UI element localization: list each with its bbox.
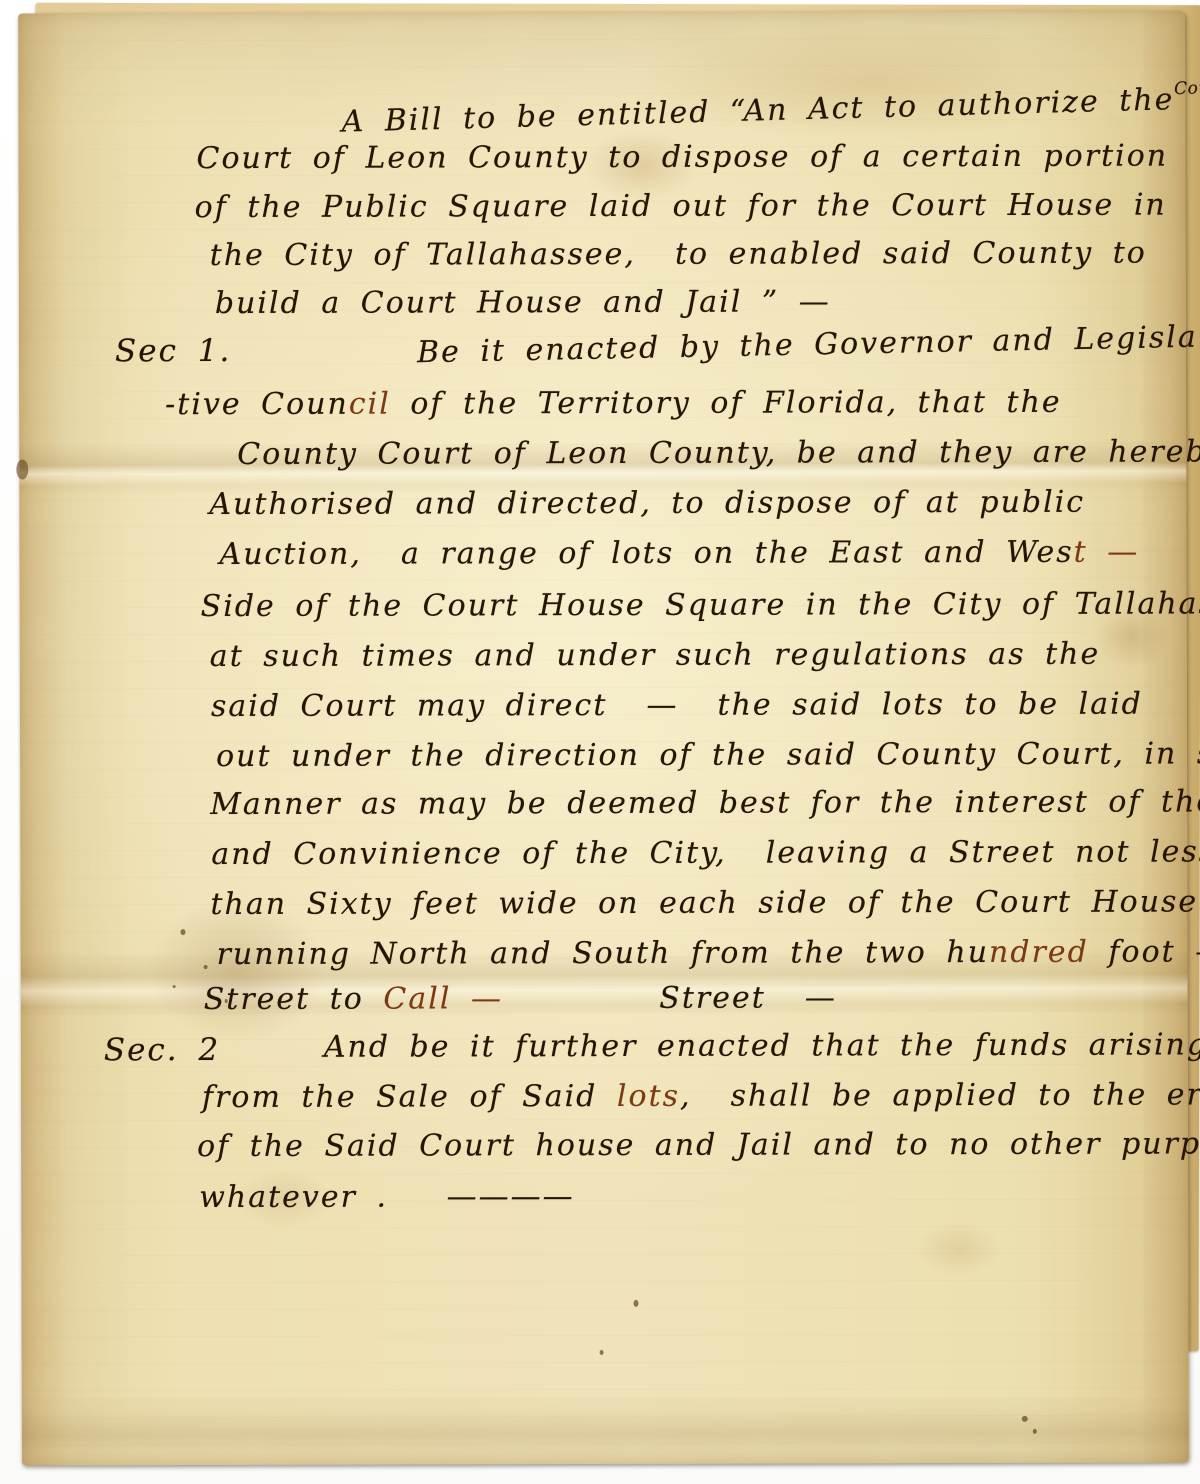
section-1-line-6: Side of the Court House Square in the Ci… bbox=[201, 586, 1200, 624]
handwritten-text: Sec. 2 bbox=[104, 1032, 220, 1068]
handwritten-text: ndred bbox=[989, 935, 1089, 970]
handwritten-text: whatever . ———— bbox=[199, 1179, 575, 1215]
handwritten-text: than Sixty feet wide on each side of the… bbox=[210, 884, 1198, 922]
handwritten-text: Side of the Court House Square in the Ci… bbox=[201, 586, 1200, 624]
section-1-line-7: at such times and under such regulations… bbox=[210, 637, 1101, 674]
handwritten-text: foot — bbox=[1089, 934, 1200, 969]
section-1-line-5: Auction, a range of lots on the East and… bbox=[219, 535, 1139, 572]
handwritten-text: Sec 1. bbox=[115, 333, 231, 369]
section-1-line-8: said Court may direct — the said lots to… bbox=[211, 687, 1143, 724]
manuscript-page: A Bill to be entitled “An Act to authori… bbox=[18, 10, 1189, 1465]
handwritten-text: from the Sale of Said bbox=[202, 1079, 617, 1115]
handwritten-text: Authorised and directed, to dispose of a… bbox=[209, 485, 1085, 522]
handwritten-text: at such times and under such regulations… bbox=[210, 637, 1101, 674]
handwritten-text: , shall be applied to the erection bbox=[680, 1077, 1200, 1114]
handwritten-text: lots bbox=[617, 1079, 680, 1114]
section-1-line-3: County Court of Leon County, be and they… bbox=[237, 434, 1200, 472]
section-1-line-10: Manner as may be deemed best for the int… bbox=[210, 784, 1200, 822]
handwritten-text: out under the direction of the said Coun… bbox=[216, 736, 1200, 774]
handwritten-text: of the Territory of Florida, that the bbox=[391, 385, 1062, 422]
section-2-line-2: from the Sale of Said lots, shall be app… bbox=[202, 1077, 1200, 1115]
title-line-4: the City of Tallahassee, to enabled said… bbox=[210, 236, 1147, 273]
handwritten-text: said Court may direct — the said lots to… bbox=[211, 687, 1143, 724]
handwritten-text: Call — bbox=[383, 981, 503, 1016]
section-2-line-3: of the Said Court house and Jail and to … bbox=[197, 1126, 1200, 1164]
handwritten-text: build a Court House and Jail ” — bbox=[215, 284, 831, 321]
section-2-line-1: And be it further enacted that the funds… bbox=[324, 1027, 1200, 1064]
section-1-line-12: than Sixty feet wide on each side of the… bbox=[210, 884, 1198, 922]
section-2-label: Sec. 2 bbox=[104, 1032, 220, 1068]
scan-background: A Bill to be entitled “An Act to authori… bbox=[0, 0, 1200, 1484]
title-line-5: build a Court House and Jail ” — bbox=[215, 284, 831, 321]
handwritten-text: Manner as may be deemed best for the int… bbox=[210, 784, 1200, 822]
section-1-line-4: Authorised and directed, to dispose of a… bbox=[209, 485, 1085, 522]
handwritten-text: Street — bbox=[503, 980, 837, 1016]
title-line-1: A Bill to be entitled “An Act to authori… bbox=[341, 77, 1200, 139]
handwritten-text: Auction, a range of lots on the East and… bbox=[219, 535, 1073, 572]
handwritten-text: cil bbox=[349, 387, 391, 422]
handwritten-text: And be it further enacted that the funds… bbox=[324, 1027, 1200, 1064]
handwritten-text: of the Public Square laid out for the Co… bbox=[195, 188, 1167, 226]
handwritten-text: Street to bbox=[204, 982, 384, 1017]
section-1-line-1: Be it enacted by the Governor and Legisl… bbox=[417, 320, 1198, 371]
handwritten-text: A Bill to be entitled “An Act to authori… bbox=[341, 82, 1175, 140]
handwritten-text: Court of Leon County to dispose of a cer… bbox=[196, 139, 1168, 177]
handwritten-text: running North and South from the two hu bbox=[217, 935, 990, 972]
section-1-line-11: and Convinience of the City, leaving a S… bbox=[211, 834, 1200, 872]
handwritten-text: t — bbox=[1074, 535, 1140, 570]
handwritten-text: and Convinience of the City, leaving a S… bbox=[211, 834, 1200, 872]
title-line-3: of the Public Square laid out for the Co… bbox=[195, 188, 1167, 226]
handwritten-text: of the Said Court house and Jail and to … bbox=[197, 1126, 1200, 1164]
handwritten-text: the City of Tallahassee, to enabled said… bbox=[210, 236, 1147, 273]
manuscript-content: A Bill to be entitled “An Act to authori… bbox=[18, 10, 1189, 1465]
section-1-label: Sec 1. bbox=[115, 333, 231, 369]
handwritten-text: County Court of Leon County, be and they… bbox=[237, 434, 1200, 472]
section-1-line-13: running North and South from the two hun… bbox=[217, 934, 1200, 972]
handwritten-text: Be it enacted by the Governor and Legisl… bbox=[417, 320, 1198, 371]
handwritten-text: -tive Coun bbox=[165, 387, 349, 422]
handwritten-text: County bbox=[1174, 77, 1200, 99]
section-1-line-14: Street to Call — Street — bbox=[204, 980, 837, 1017]
section-2-line-4: whatever . ———— bbox=[199, 1179, 575, 1215]
section-1-line-9: out under the direction of the said Coun… bbox=[216, 736, 1200, 774]
section-1-line-2: -tive Council of the Territory of Florid… bbox=[165, 385, 1062, 422]
title-line-2: Court of Leon County to dispose of a cer… bbox=[196, 139, 1168, 177]
